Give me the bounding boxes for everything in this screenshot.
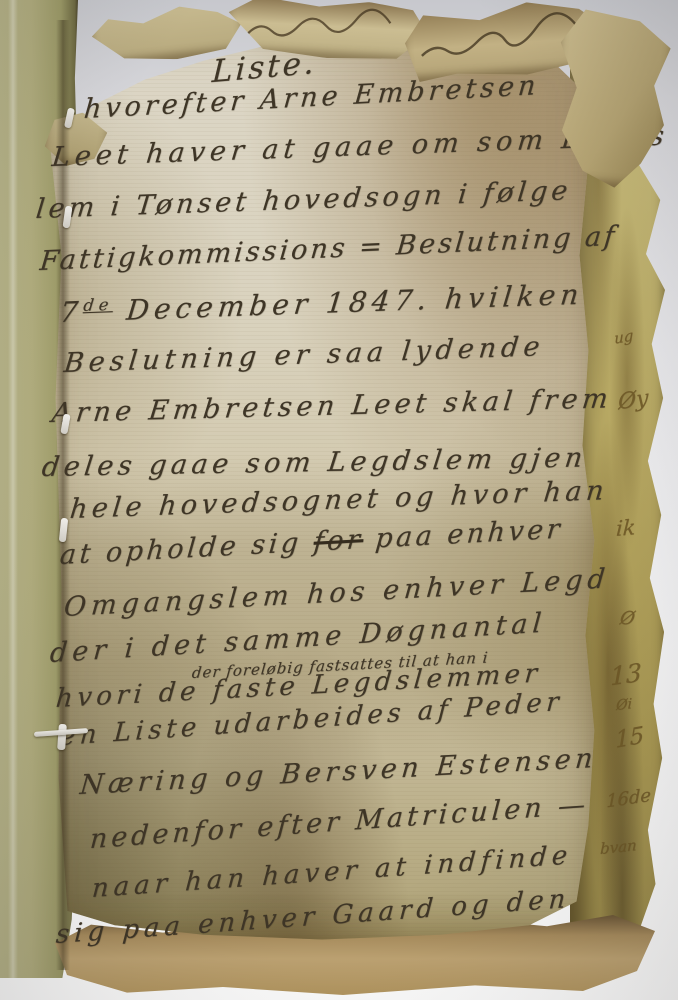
date-ordinal: de <box>82 295 114 315</box>
margin-fragment: ug <box>614 326 634 348</box>
date-day: 7 <box>58 295 84 329</box>
margin-fragment: Øy <box>618 386 648 415</box>
manuscript-photo: Liste. hvorefter Arne Embretsen Leet hav… <box>0 0 678 1000</box>
margin-number: 15 <box>615 722 645 753</box>
margin-number: 13 <box>610 658 642 692</box>
margin-fragment: ik <box>615 515 636 541</box>
left-page-crease <box>8 0 18 978</box>
struck-word: for <box>312 524 364 558</box>
margin-fragment: Øi <box>616 696 632 714</box>
margin-fragment: Ø <box>619 608 637 629</box>
